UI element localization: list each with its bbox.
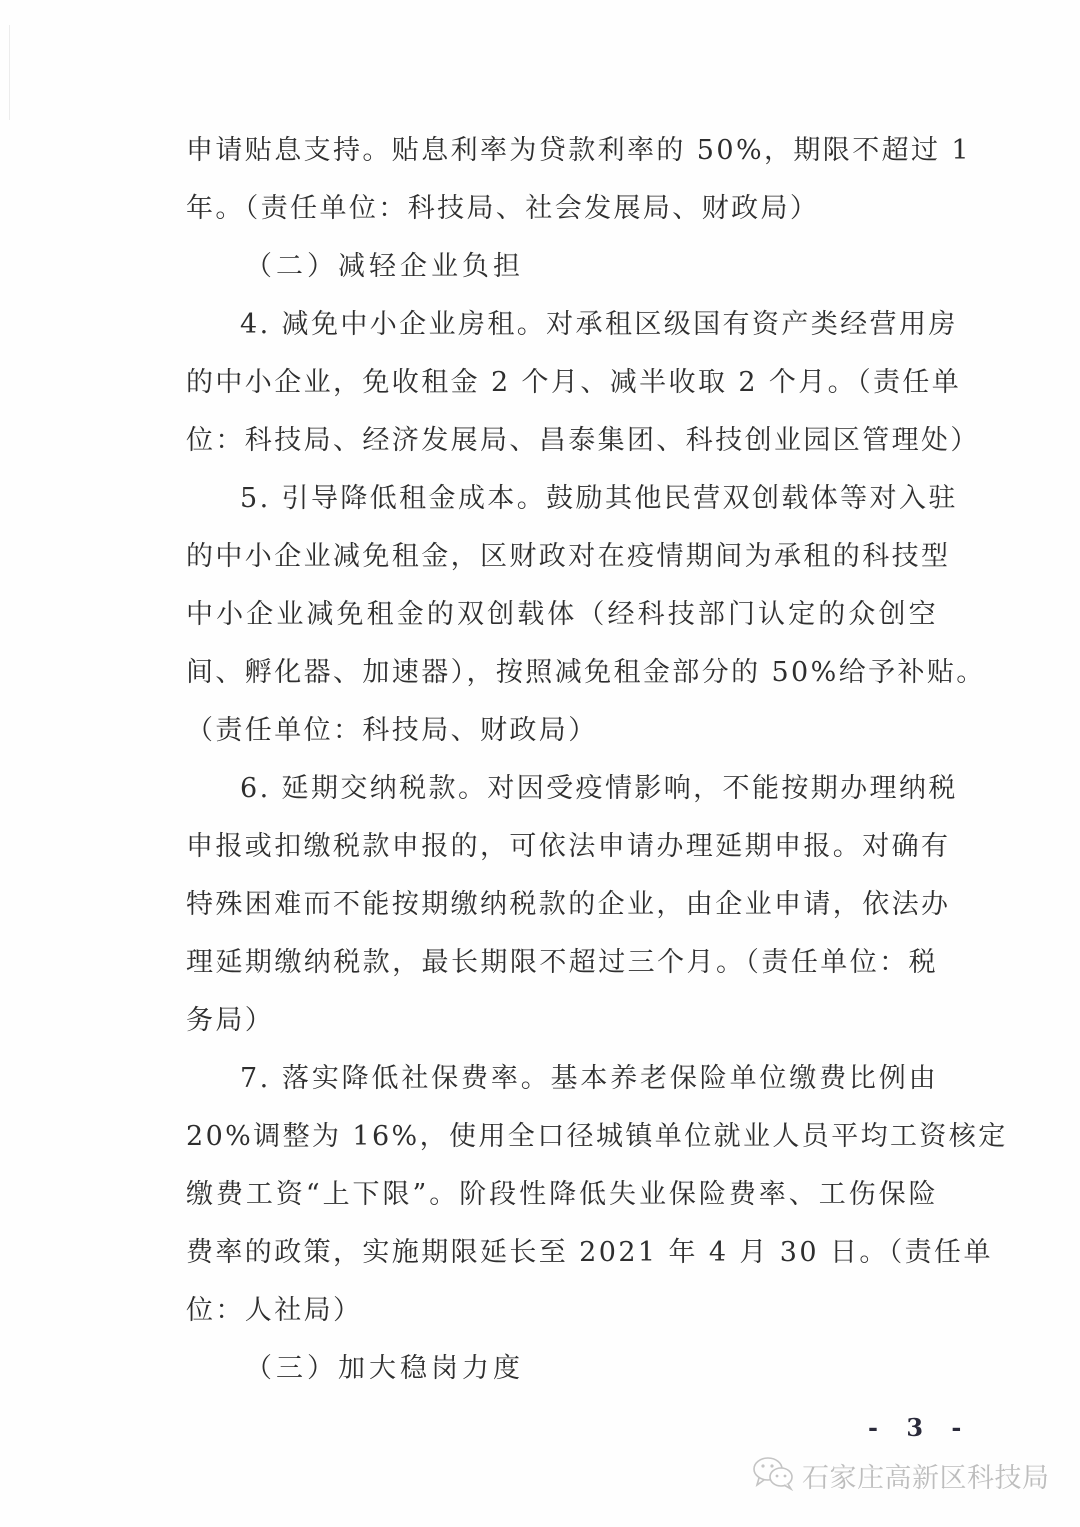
watermark: 石家庄高新区科技局 xyxy=(752,1455,1050,1495)
item-heading-line: 4. 减免中小企业房租。对承租区级国有资产类经营用房 xyxy=(240,305,938,345)
text-line: 缴费工资“上下限”。阶段性降低失业保险费率、工伤保险 xyxy=(186,1175,938,1215)
text-line: 的中小企业，免收租金 2 个月、减半收取 2 个月。（责任单 xyxy=(186,363,938,403)
text-line: 年。（责任单位：科技局、社会发展局、财政局） xyxy=(186,189,938,229)
text-line: 理延期缴纳税款，最长期限不超过三个月。（责任单位：税 xyxy=(186,943,938,983)
text-line: 特殊困难而不能按期缴纳税款的企业，由企业申请，依法办 xyxy=(186,885,938,925)
section-heading: （二）减轻企业负担 xyxy=(245,247,997,287)
watermark-text: 石家庄高新区科技局 xyxy=(802,1456,1050,1495)
item-heading-line: 7. 落实降低社保费率。基本养老保险单位缴费比例由 xyxy=(240,1059,938,1099)
scan-edge xyxy=(9,25,10,120)
text-line: 申请贴息支持。贴息利率为贷款利率的 50%，期限不超过 1 xyxy=(186,131,938,171)
document-page: 申请贴息支持。贴息利率为贷款利率的 50%，期限不超过 1 年。（责任单位：科技… xyxy=(0,0,1080,1527)
text-line: 申报或扣缴税款申报的，可依法申请办理延期申报。对确有 xyxy=(186,827,938,867)
text-line: 位：科技局、经济发展局、昌泰集团、科技创业园区管理处） xyxy=(186,421,938,461)
wechat-icon xyxy=(752,1455,796,1495)
item-heading-line: 5. 引导降低租金成本。鼓励其他民营双创载体等对入驻 xyxy=(240,479,938,519)
text-line: 务局） xyxy=(186,1001,938,1041)
text-line: 位：人社局） xyxy=(186,1291,938,1331)
text-line: 费率的政策，实施期限延长至 2021 年 4 月 30 日。（责任单 xyxy=(186,1233,938,1273)
text-line: （责任单位：科技局、财政局） xyxy=(186,711,938,751)
section-heading: （三）加大稳岗力度 xyxy=(245,1349,997,1389)
text-line: 的中小企业减免租金，区财政对在疫情期间为承租的科技型 xyxy=(186,537,938,577)
text-line: 中小企业减免租金的双创载体（经科技部门认定的众创空 xyxy=(186,595,938,635)
page-number: - 3 - xyxy=(868,1413,971,1442)
text-line: 间、孵化器、加速器），按照减免租金部分的 50%给予补贴。 xyxy=(186,653,938,693)
text-line: 20%调整为 16%，使用全口径城镇单位就业人员平均工资核定 xyxy=(186,1117,938,1157)
item-heading-line: 6. 延期交纳税款。对因受疫情影响，不能按期办理纳税 xyxy=(240,769,938,809)
